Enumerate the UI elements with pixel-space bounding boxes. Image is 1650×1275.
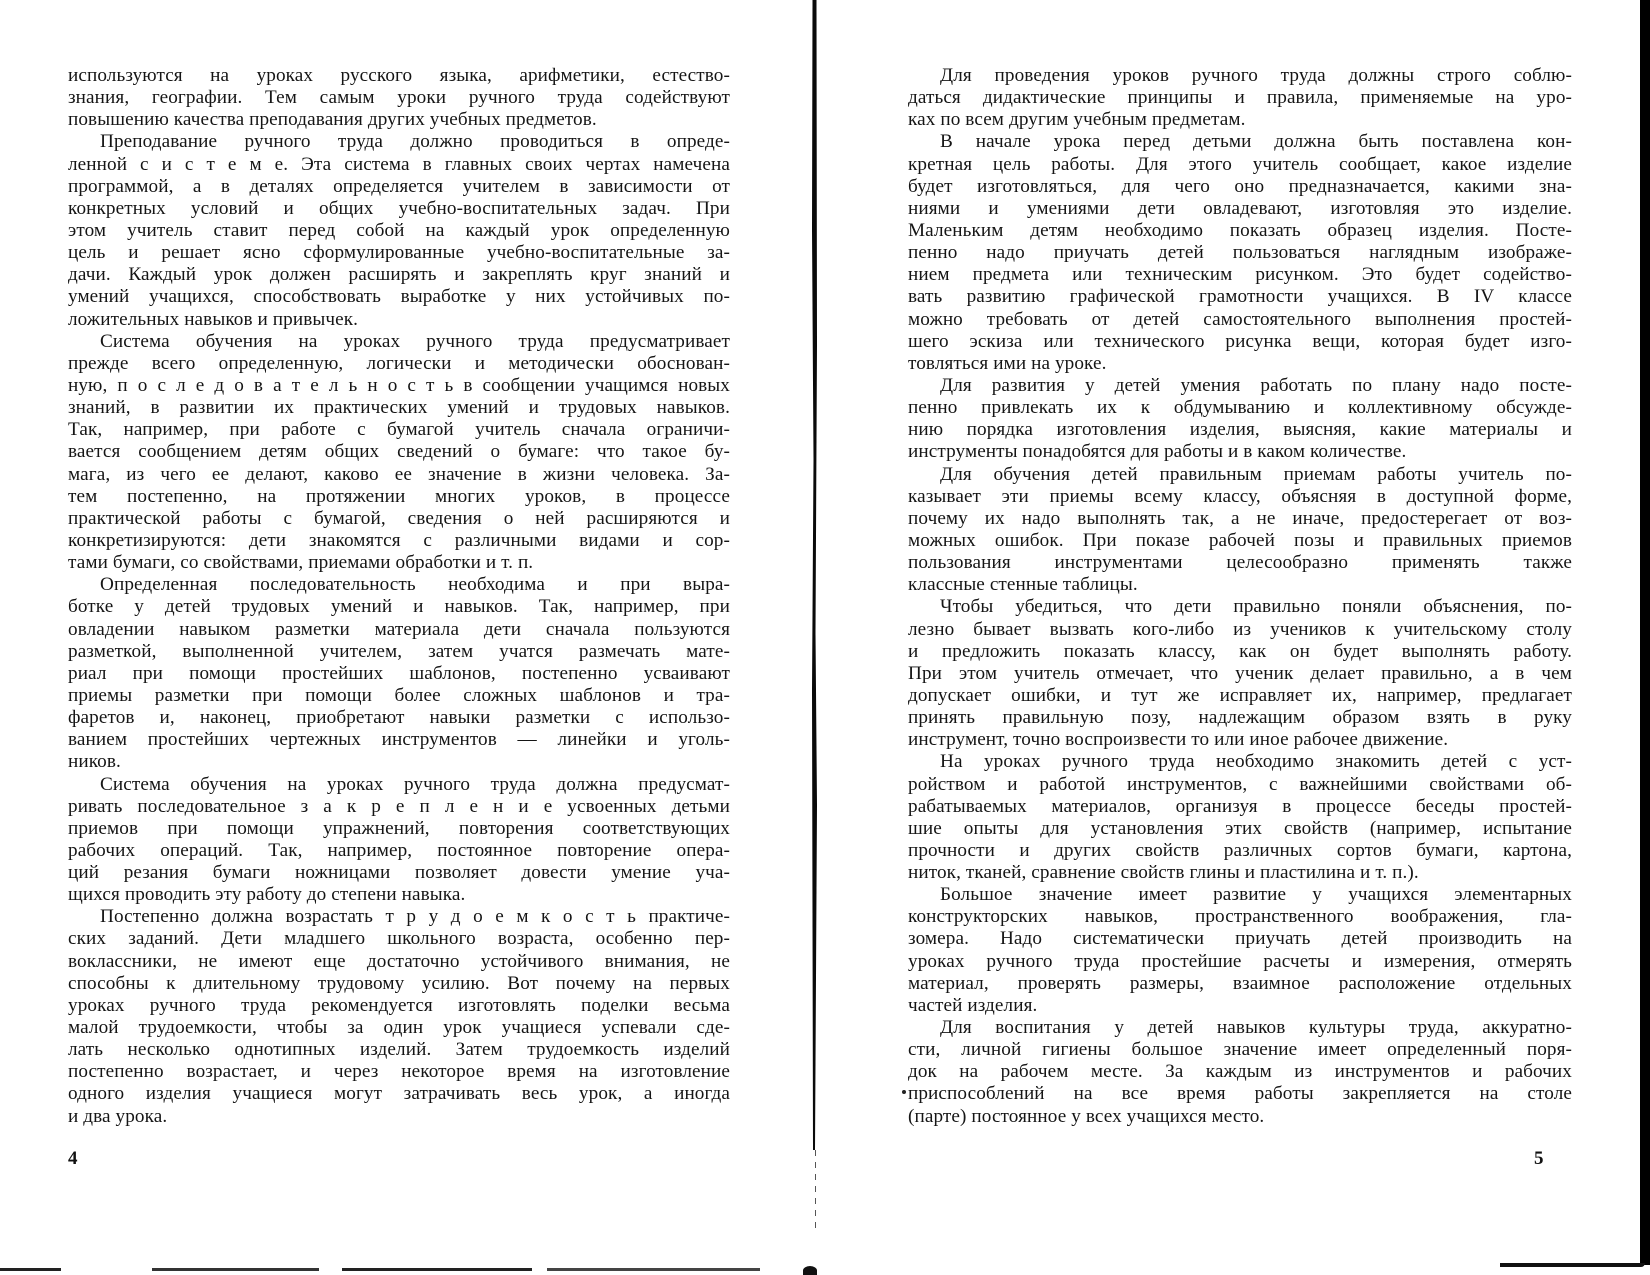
text-line: ривать последовательное з а к р е п л е … — [68, 796, 730, 818]
text-line: почему их надо выполнять так, а не иначе… — [908, 508, 1572, 530]
text-line: способны к длительному трудовому усилию.… — [68, 973, 730, 995]
text-line: На уроках ручного труда необходимо знако… — [908, 751, 1572, 773]
text-line: используются на уроках русского языка, а… — [68, 65, 730, 87]
text-line: ках по всем другим учебным предметам. — [908, 109, 1572, 131]
text-line: тем постепенно, на протяжении многих уро… — [68, 486, 730, 508]
right-page-text: Для проведения уроков ручного труда долж… — [908, 65, 1572, 1128]
text-line: лезно бывает вызвать кого-либо из ученик… — [908, 619, 1572, 641]
text-line: вается сообщением детям общих сведений о… — [68, 441, 730, 463]
text-line: ную, п о с л е д о в а т е л ь н о с т ь… — [68, 375, 730, 397]
text-line: классные стенные таблицы. — [908, 574, 1572, 596]
text-line: Для обучения детей правильным приемам ра… — [908, 464, 1572, 486]
text-line: одного изделия учащиеся могут затрачиват… — [68, 1083, 730, 1105]
text-line: Для воспитания у детей навыков культуры … — [908, 1017, 1572, 1039]
text-line: Чтобы убедиться, что дети правильно поня… — [908, 596, 1572, 618]
text-line: ников. — [68, 751, 730, 773]
scan-speck — [902, 1090, 906, 1094]
text-line: ниток, тканей, сравнение свойств глины и… — [908, 862, 1572, 884]
text-line: конкретизируются: дети знакомятся с разл… — [68, 530, 730, 552]
scan-bottom-edge-right — [1500, 1263, 1645, 1267]
text-line: тами бумаги, со свойствами, приемами обр… — [68, 552, 730, 574]
scan-bottom-edge-left — [0, 1268, 760, 1271]
text-line: и предложить показать классу, как он буд… — [908, 641, 1572, 663]
text-line: Для развития у детей умения работать по … — [908, 375, 1572, 397]
text-line: даться дидактические принципы и правила,… — [908, 87, 1572, 109]
text-line: прежде всего определенную, логически и м… — [68, 353, 730, 375]
text-line: Постепенно должна возрастать т р у д о е… — [68, 906, 730, 928]
text-line: этом учитель ставит перед собой на кажды… — [68, 220, 730, 242]
text-line: сти, личной гигиены большое значение име… — [908, 1039, 1572, 1061]
text-line: умений учащихся, способствовать выработк… — [68, 286, 730, 308]
text-line: При этом учитель отмечает, что ученик де… — [908, 663, 1572, 685]
text-line: рабочих операций. Так, например, постоян… — [68, 840, 730, 862]
text-line: шего эскиза или технического рисунка вещ… — [908, 331, 1572, 353]
text-line: Определенная последовательность необходи… — [68, 574, 730, 596]
text-line: пенно привлекать их к обдумыванию и колл… — [908, 397, 1572, 419]
text-line: риал при помощи простейших шаблонов, пос… — [68, 663, 730, 685]
text-line: Так, например, при работе с бумагой учит… — [68, 419, 730, 441]
book-spread: используются на уроках русского языка, а… — [0, 0, 1650, 1275]
text-line: цель и решает ясно сформулированные учеб… — [68, 242, 730, 264]
text-line: воклассники, не имеют еще достаточно уст… — [68, 951, 730, 973]
text-line: уроках ручного труда рекомендуется изгот… — [68, 995, 730, 1017]
text-line: разметкой, выполненной учителем, затем у… — [68, 641, 730, 663]
text-line: материал, проверять размеры, взаимное ра… — [908, 973, 1572, 995]
text-line: прочности и других свойств различных сор… — [908, 840, 1572, 862]
left-page-number: 4 — [68, 1148, 78, 1170]
text-line: ниями и умениями дети овладевают, изгото… — [908, 198, 1572, 220]
text-line: знаний, в развитии их практических умени… — [68, 397, 730, 419]
text-line: инструмент, точно воспроизвести то или и… — [908, 729, 1572, 751]
text-line: Преподавание ручного труда должно провод… — [68, 131, 730, 153]
text-line: овладении навыком разметки материала дет… — [68, 619, 730, 641]
text-line: док на рабочем месте. За каждым из инстр… — [908, 1061, 1572, 1083]
text-line: будет изготовляться, для чего оно предна… — [908, 176, 1572, 198]
text-line: практической работы с бумагой, сведения … — [68, 508, 730, 530]
text-line: кретная цель работы. Для этого учитель с… — [908, 154, 1572, 176]
text-line: конструкторских навыков, пространственно… — [908, 906, 1572, 928]
text-line: пользования инструментами целесообразно … — [908, 552, 1572, 574]
text-line: можно требовать от детей самостоятельног… — [908, 309, 1572, 331]
text-line: ройством и работой инструментов, с важне… — [908, 774, 1572, 796]
right-page-number: 5 — [1534, 1148, 1544, 1170]
text-line: Большое значение имеет развитие у учащих… — [908, 884, 1572, 906]
text-line: ленной с и с т е м е. Эта система в глав… — [68, 154, 730, 176]
text-line: В начале урока перед детьми должна быть … — [908, 131, 1572, 153]
text-line: знания, географии. Тем самым уроки ручно… — [68, 87, 730, 109]
text-line: шие опыты для установления этих свойств … — [908, 818, 1572, 840]
text-line: повышению качества преподавания других у… — [68, 109, 730, 131]
text-line: ботке у детей трудовых умений и навыков.… — [68, 596, 730, 618]
text-line: щихся проводить эту работу до степени на… — [68, 884, 730, 906]
text-line: зомера. Надо систематически приучать дет… — [908, 928, 1572, 950]
text-line: ций резания бумаги ножницами позволяет д… — [68, 862, 730, 884]
text-line: нием предмета или техническим рисунком. … — [908, 264, 1572, 286]
text-line: уроках ручного труда простейшие расчеты … — [908, 951, 1572, 973]
text-line: ских заданий. Дети младшего школьного во… — [68, 928, 730, 950]
text-line: конкретных условий и общих учебно-воспит… — [68, 198, 730, 220]
text-line: постепенно возрастает, и через некоторое… — [68, 1061, 730, 1083]
text-line: Система обучения на уроках ручного труда… — [68, 774, 730, 796]
text-line: Система обучения на уроках ручного труда… — [68, 331, 730, 353]
text-line: вать развитию графической грамотности уч… — [908, 286, 1572, 308]
text-line: приемов при помощи упражнений, повторени… — [68, 818, 730, 840]
text-line: Маленьким детям необходимо показать обра… — [908, 220, 1572, 242]
text-line: (парте) постоянное у всех учащихся место… — [908, 1106, 1572, 1128]
text-line: приспособлений на все время работы закре… — [908, 1083, 1572, 1105]
text-line: Для проведения уроков ручного труда долж… — [908, 65, 1572, 87]
text-line: нию порядка изготовления изделия, выясня… — [908, 419, 1572, 441]
text-line: частей изделия. — [908, 995, 1572, 1017]
text-line: ложительных навыков и привычек. — [68, 309, 730, 331]
text-line: приемы разметки при помощи более сложных… — [68, 685, 730, 707]
text-line: малой трудоемкости, чтобы за один урок у… — [68, 1017, 730, 1039]
text-line: дачи. Каждый урок должен расширять и зак… — [68, 264, 730, 286]
left-page-text: используются на уроках русского языка, а… — [68, 65, 730, 1128]
text-line: программой, а в деталях определяется учи… — [68, 176, 730, 198]
text-line: рабатываемых материалов, организуя в про… — [908, 796, 1572, 818]
text-line: фаретов и, наконец, приобретают навыки р… — [68, 707, 730, 729]
text-line: допускает ошибки, и тут же исправляет их… — [908, 685, 1572, 707]
text-line: ванием простейших чертежных инструментов… — [68, 729, 730, 751]
text-line: инструменты понадобятся для работы и в к… — [908, 441, 1572, 463]
text-line: казывает эти приемы всему классу, объясн… — [908, 486, 1572, 508]
text-line: лать несколько однотипных изделий. Затем… — [68, 1039, 730, 1061]
text-line: мага, из чего ее делают, каково ее значе… — [68, 464, 730, 486]
text-line: и два урока. — [68, 1106, 730, 1128]
text-line: принять правильную позу, надлежащим обра… — [908, 707, 1572, 729]
text-line: можных ошибок. При показе рабочей позы и… — [908, 530, 1572, 552]
scan-right-edge — [1640, 0, 1650, 1265]
text-line: товляться ими на уроке. — [908, 353, 1572, 375]
text-line: пенно надо приучать детей пользоваться н… — [908, 242, 1572, 264]
